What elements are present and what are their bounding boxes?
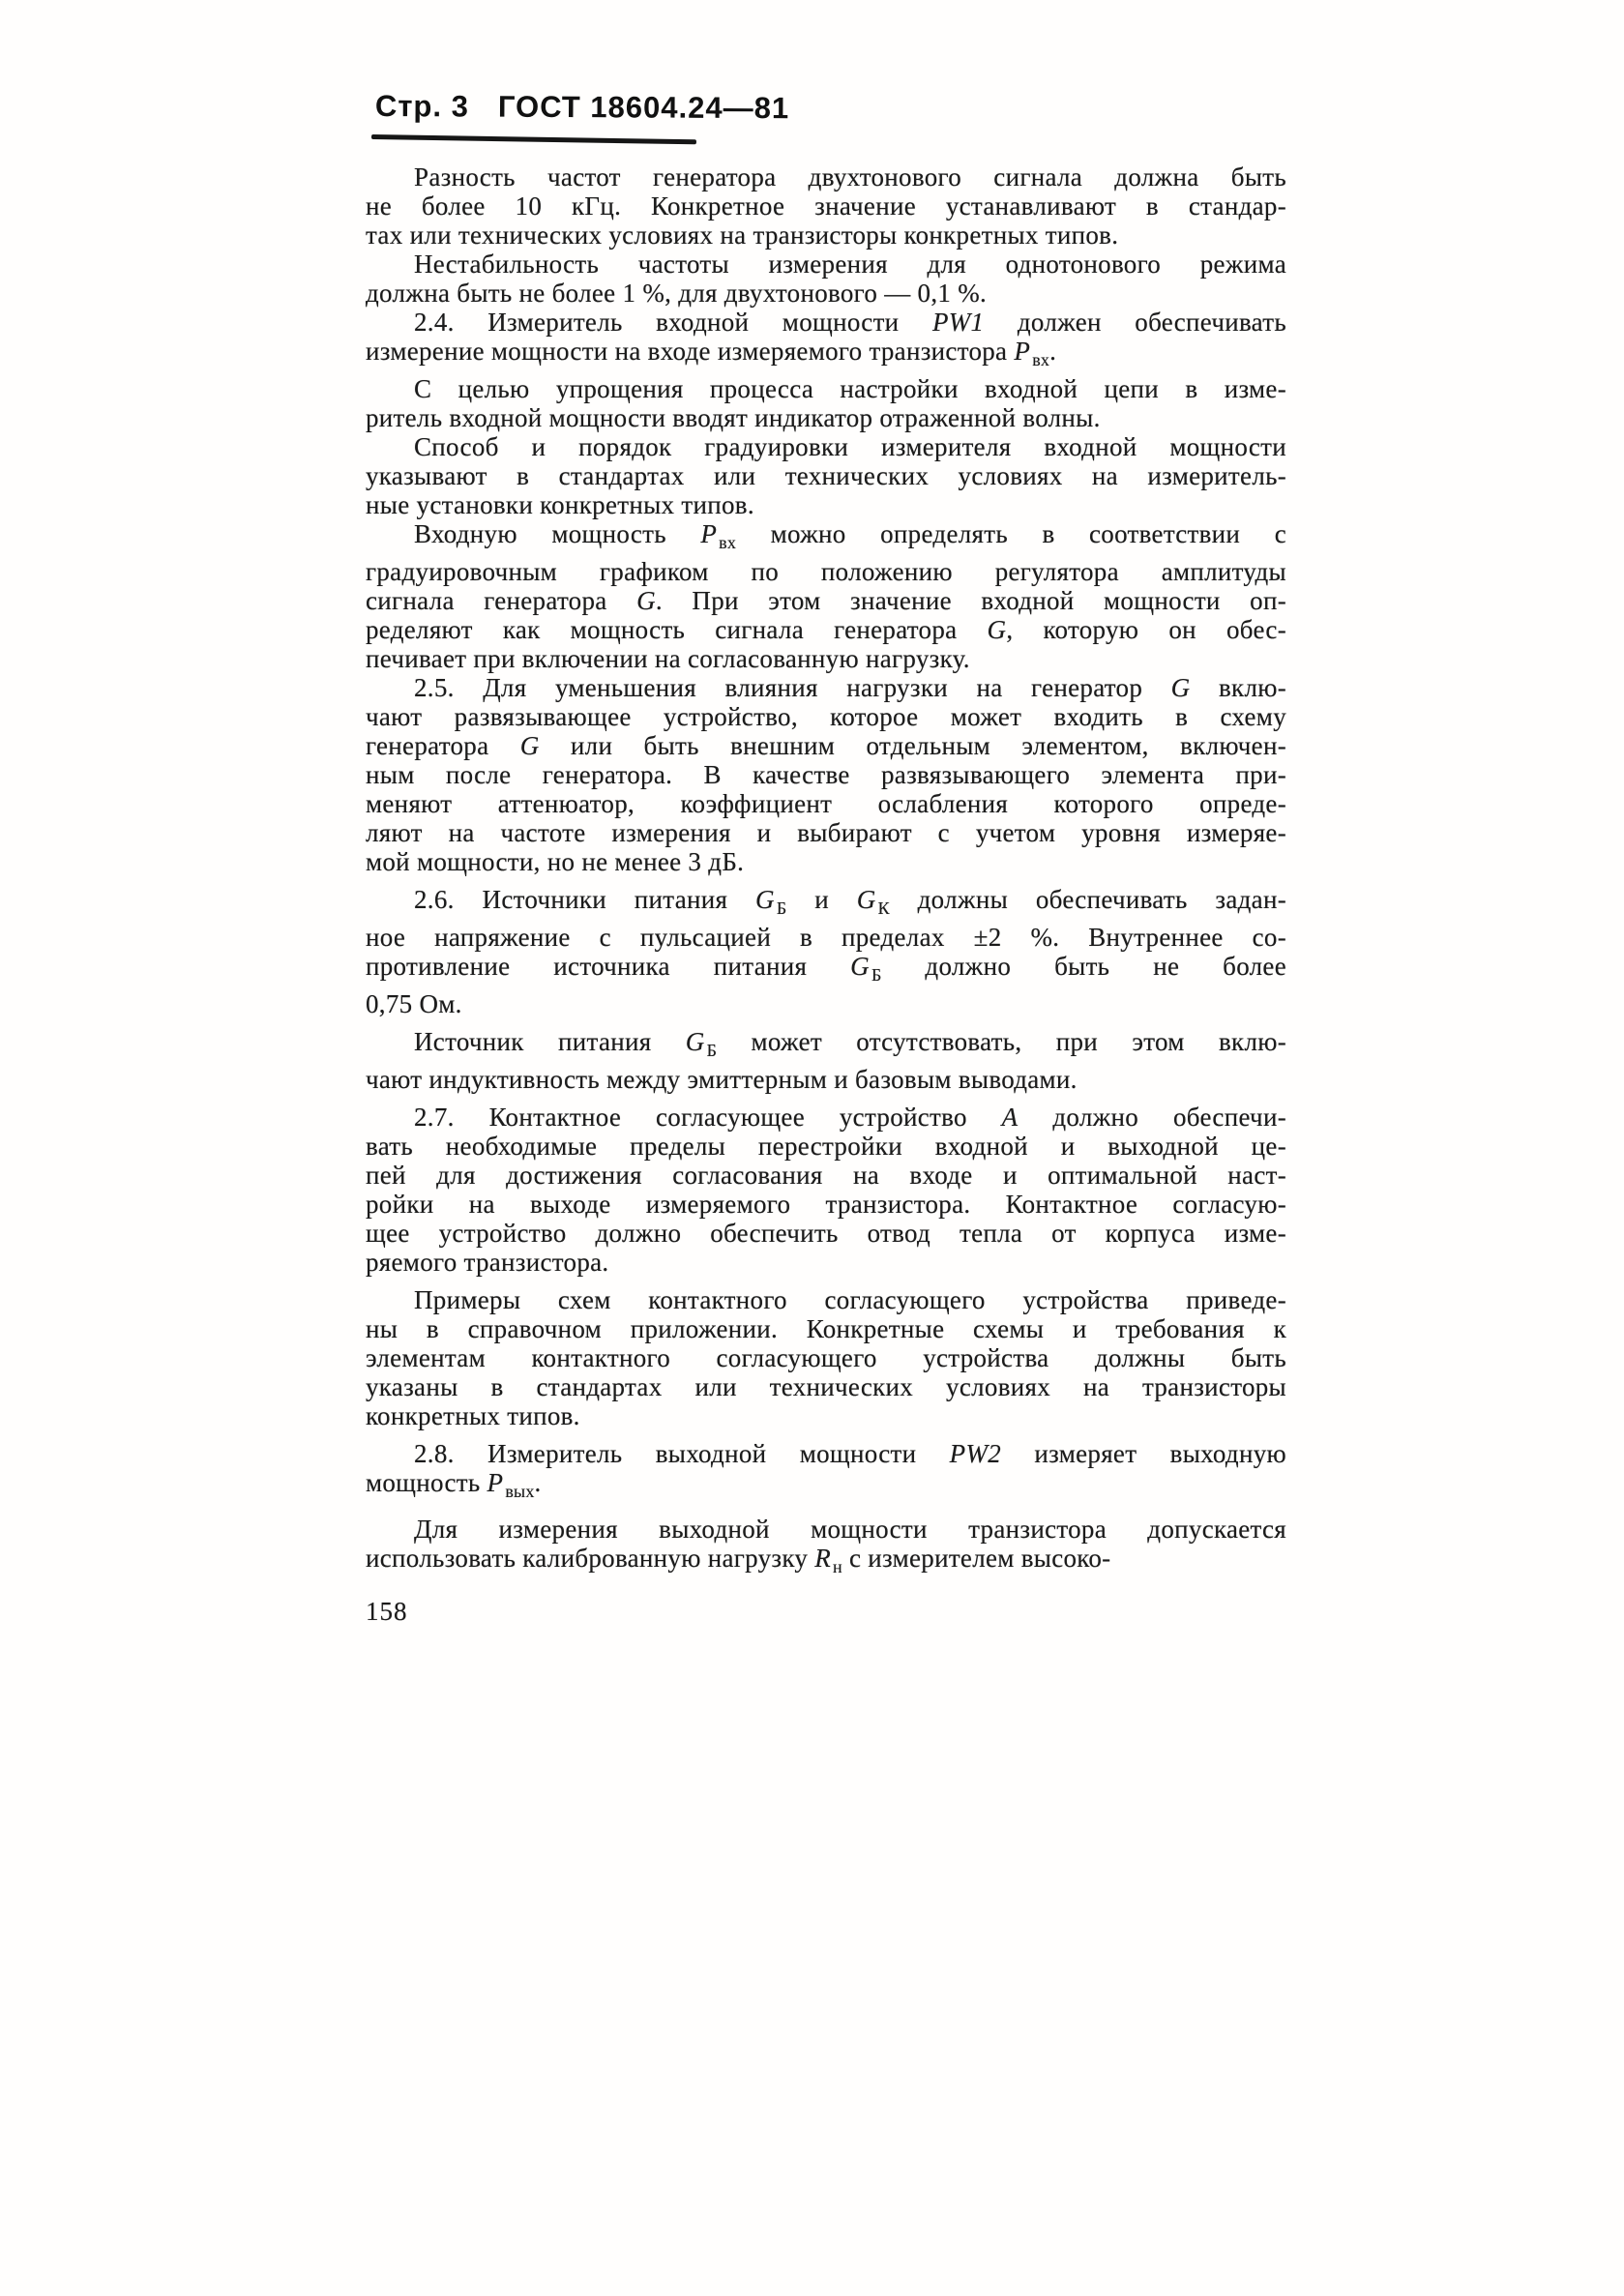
italic-symbol: G bbox=[988, 615, 1007, 644]
text-line: меняют аттенюатор, коэффициент ослаблени… bbox=[366, 789, 1286, 818]
text-line: противление источника питания GБ должно … bbox=[366, 952, 1286, 989]
page-header: Стр. 3ГОСТ 18604.24—81 bbox=[375, 89, 789, 126]
paragraph: Разность частот генератора двухтонового … bbox=[366, 162, 1286, 250]
italic-symbol: G bbox=[857, 885, 876, 914]
text-line: измерение мощности на входе измеряемого … bbox=[366, 337, 1286, 374]
paragraph: 2.7. Контактное согласующее устройство А… bbox=[366, 1103, 1286, 1277]
italic-symbol: PW2 bbox=[950, 1439, 1001, 1468]
italic-symbol: P bbox=[700, 519, 717, 548]
paragraph: Примеры схем контактного согласующего ус… bbox=[366, 1285, 1286, 1430]
paragraph: Способ и порядок градуировки измерителя … bbox=[366, 432, 1286, 519]
text-line: ритель входной мощности вводят индикатор… bbox=[366, 403, 1286, 432]
text-line: 2.7. Контактное согласующее устройство А… bbox=[366, 1103, 1286, 1132]
italic-symbol: G bbox=[686, 1027, 705, 1056]
paragraph: 2.6. Источники питания GБ и GК должны об… bbox=[366, 885, 1286, 1018]
text-line: Входную мощность Pвх можно определять в … bbox=[366, 519, 1286, 557]
text-line: мощность Pвых. bbox=[366, 1468, 1286, 1506]
italic-symbol: G bbox=[1171, 673, 1191, 702]
text-line: Разность частот генератора двухтонового … bbox=[366, 162, 1286, 191]
text-line: Примеры схем контактного согласующего ус… bbox=[366, 1285, 1286, 1314]
header-rule bbox=[371, 134, 696, 144]
text-line: тах или технических условиях на транзист… bbox=[366, 221, 1286, 250]
text-line: конкретных типов. bbox=[366, 1401, 1286, 1430]
subscript-symbol: Б bbox=[871, 965, 882, 985]
italic-symbol: P bbox=[487, 1468, 504, 1497]
text-line: градуировочным графиком по положению рег… bbox=[366, 557, 1286, 586]
paragraph: Нестабильность частоты измерения для одн… bbox=[366, 250, 1286, 308]
subscript-symbol: К bbox=[878, 898, 890, 918]
italic-symbol: PW1 bbox=[932, 308, 984, 337]
text-line: не более 10 кГц. Конкретное значение уст… bbox=[366, 191, 1286, 221]
text-line: Способ и порядок градуировки измерителя … bbox=[366, 432, 1286, 461]
text-line: щее устройство должно обеспечить отвод т… bbox=[366, 1219, 1286, 1248]
subscript-symbol: н bbox=[833, 1557, 842, 1576]
text-line: 2.4. Измеритель входной мощности PW1 дол… bbox=[366, 308, 1286, 337]
text-line: ным после генератора. В качестве развязы… bbox=[366, 760, 1286, 789]
text-line: вать необходимые пределы перестройки вхо… bbox=[366, 1132, 1286, 1161]
text-line: ное напряжение с пульсацией в пределах ±… bbox=[366, 923, 1286, 952]
subscript-symbol: Б bbox=[777, 898, 787, 918]
text-line: элементам контактного согласующего устро… bbox=[366, 1343, 1286, 1372]
italic-symbol: G bbox=[636, 586, 656, 615]
paragraph: Входную мощность Pвх можно определять в … bbox=[366, 519, 1286, 673]
page-label: Стр. 3 bbox=[375, 89, 469, 124]
text-line: ные установки конкретных типов. bbox=[366, 490, 1286, 519]
italic-symbol: А bbox=[1002, 1103, 1019, 1132]
subscript-symbol: вх bbox=[719, 533, 736, 552]
page-number: 158 bbox=[366, 1597, 1286, 1626]
text-line: ны в справочном приложении. Конкретные с… bbox=[366, 1314, 1286, 1343]
text-line: 2.5. Для уменьшения влияния нагрузки на … bbox=[366, 673, 1286, 702]
text-line: чают развязывающее устройство, которое м… bbox=[366, 702, 1286, 731]
text-line: сигнала генератора G. При этом значение … bbox=[366, 586, 1286, 615]
text-line: печивает при включении на согласованную … bbox=[366, 644, 1286, 673]
italic-symbol: R bbox=[814, 1544, 831, 1573]
paragraph: С целью упрощения процесса настройки вхо… bbox=[366, 374, 1286, 432]
text-line: чают индуктивность между эмиттерным и ба… bbox=[366, 1065, 1286, 1094]
text-line: пей для достижения согласования на входе… bbox=[366, 1161, 1286, 1190]
text-line: Для измерения выходной мощности транзист… bbox=[366, 1515, 1286, 1544]
text-line: ряемого транзистора. bbox=[366, 1248, 1286, 1277]
paragraphs: Разность частот генератора двухтонового … bbox=[366, 162, 1286, 1581]
text-line: 2.8. Измеритель выходной мощности PW2 из… bbox=[366, 1439, 1286, 1468]
text-line: Источник питания GБ может отсутствовать,… bbox=[366, 1027, 1286, 1065]
paragraph: 2.4. Измеритель входной мощности PW1 дол… bbox=[366, 308, 1286, 374]
italic-symbol: G bbox=[755, 885, 775, 914]
text-line: Нестабильность частоты измерения для одн… bbox=[366, 250, 1286, 279]
italic-symbol: G bbox=[520, 731, 540, 760]
paragraph: Источник питания GБ может отсутствовать,… bbox=[366, 1027, 1286, 1094]
text-line: использовать калиброванную нагрузку Rн с… bbox=[366, 1544, 1286, 1581]
text-line: указаны в стандартах или технических усл… bbox=[366, 1372, 1286, 1401]
doc-number: ГОСТ 18604.24—81 bbox=[498, 90, 789, 126]
text-line: 2.6. Источники питания GБ и GК должны об… bbox=[366, 885, 1286, 923]
paragraph: Для измерения выходной мощности транзист… bbox=[366, 1515, 1286, 1581]
text-line: указывают в стандартах или технических у… bbox=[366, 461, 1286, 490]
italic-symbol: G bbox=[850, 952, 870, 981]
text-line: 0,75 Ом. bbox=[366, 989, 1286, 1018]
text-line: С целью упрощения процесса настройки вхо… bbox=[366, 374, 1286, 403]
paragraph: 2.5. Для уменьшения влияния нагрузки на … bbox=[366, 673, 1286, 876]
scanned-document-page: Стр. 3ГОСТ 18604.24—81 Разность частот г… bbox=[0, 0, 1624, 2296]
italic-symbol: P bbox=[1014, 337, 1030, 366]
document-body: Разность частот генератора двухтонового … bbox=[366, 162, 1286, 1626]
text-line: генератора G или быть внешним отдельным … bbox=[366, 731, 1286, 760]
text-line: ределяют как мощность сигнала генератора… bbox=[366, 615, 1286, 644]
text-line: ляют на частоте измерения и выбирают с у… bbox=[366, 818, 1286, 847]
text-line: ройки на выходе измеряемого транзистора.… bbox=[366, 1190, 1286, 1219]
subscript-symbol: Б bbox=[707, 1041, 718, 1060]
subscript-symbol: вх bbox=[1032, 350, 1049, 369]
paragraph: 2.8. Измеритель выходной мощности PW2 из… bbox=[366, 1439, 1286, 1506]
text-line: должна быть не более 1 %, для двухтоново… bbox=[366, 279, 1286, 308]
subscript-symbol: вых bbox=[505, 1482, 534, 1501]
text-line: мой мощности, но не менее 3 дБ. bbox=[366, 847, 1286, 876]
